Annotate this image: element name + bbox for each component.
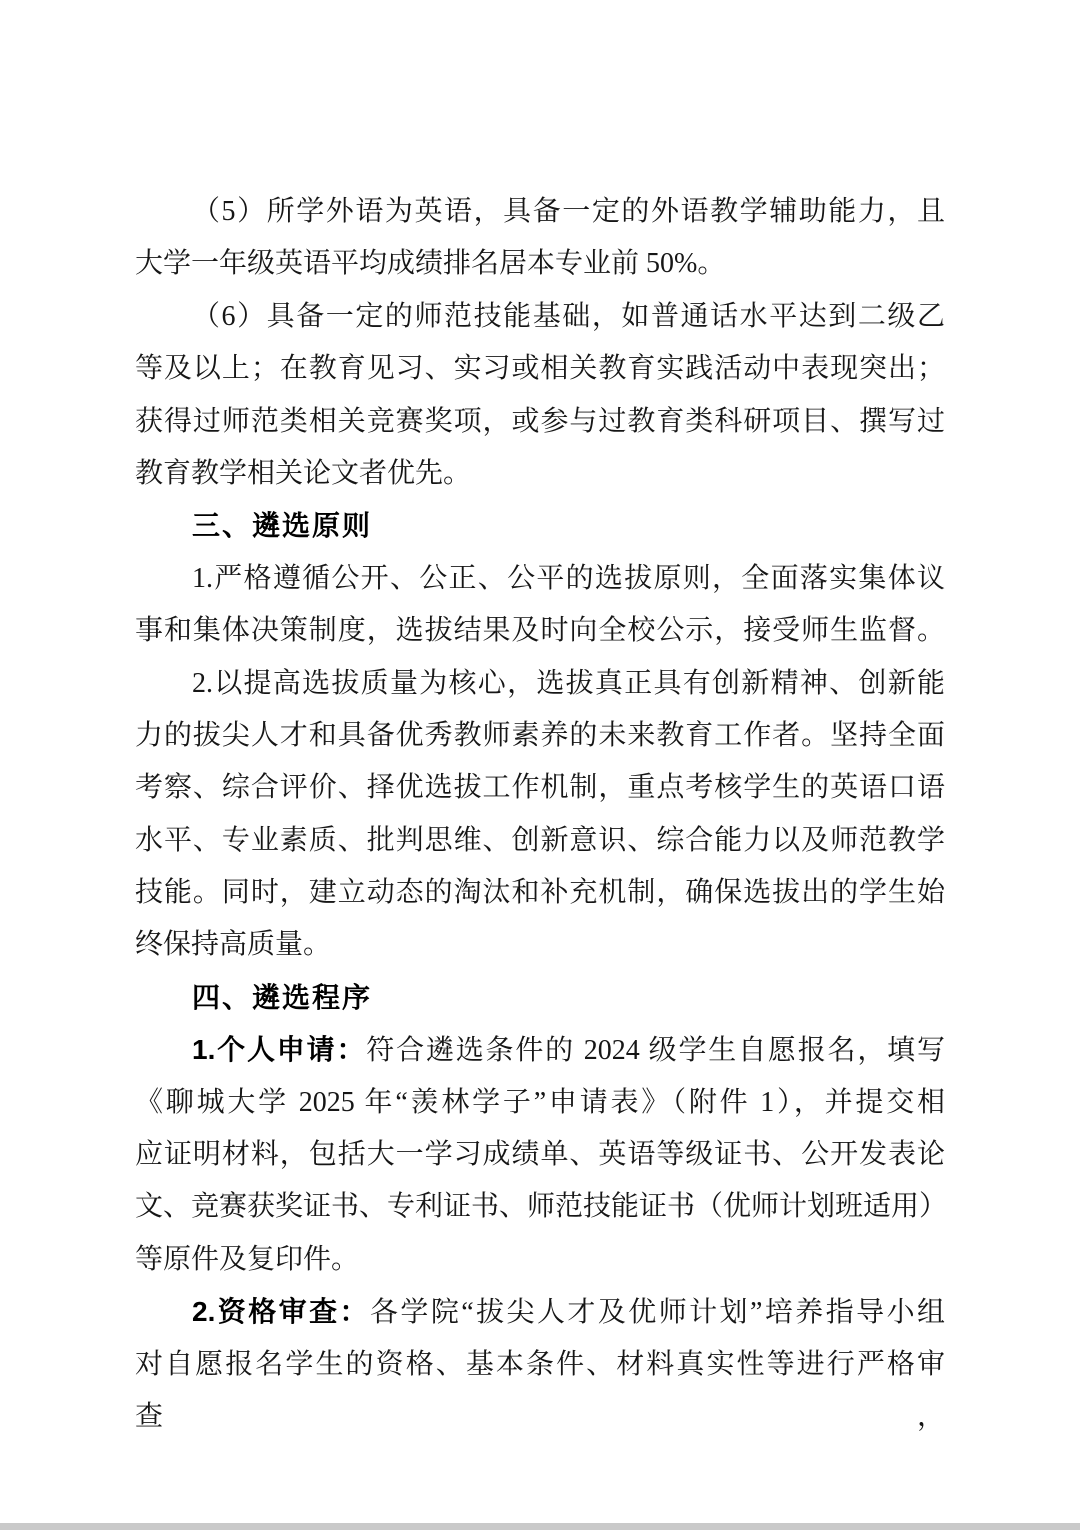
- text-run: 2.以提高选拔质量为核心，选拔真正具有创新精神、创新能: [192, 668, 945, 699]
- text-line: 1.严格遵循公开、公正、公平的选拔原则，全面落实集体议: [135, 553, 945, 605]
- page-bottom-edge: [0, 1523, 1080, 1530]
- text-line: 应证明材料，包括大一学习成绩单、英语等级证书、公开发表论: [135, 1129, 945, 1181]
- paragraph: 2.资格审查：各学院“拔尖人才及优师计划”培养指导小组对自愿报名学生的资格、基本…: [135, 1286, 945, 1391]
- text-run: 等原件及复印件。: [135, 1244, 359, 1275]
- text-run: （5）所学外语为英语，具备一定的外语教学辅助能力，且: [192, 196, 945, 227]
- text-line: 大学一年级英语平均成绩排名居本专业前 50%。: [135, 238, 945, 290]
- text-line: 考察、综合评价、择优选拔工作机制，重点考核学生的英语口语: [135, 762, 945, 814]
- text-run: 等及以上；在教育见习、实习或相关教育实践活动中表现突出；: [135, 353, 945, 384]
- text-line: 等及以上；在教育见习、实习或相关教育实践活动中表现突出；: [135, 343, 945, 395]
- text-run: （6）具备一定的师范技能基础，如普通话水平达到二级乙: [192, 301, 945, 332]
- text-line: 技能。同时，建立动态的淘汰和补充机制，确保选拔出的学生始: [135, 867, 945, 919]
- text-line: 终保持高质量。: [135, 919, 945, 971]
- paragraph: （5）所学外语为英语，具备一定的外语教学辅助能力，且大学一年级英语平均成绩排名居…: [135, 186, 945, 291]
- paragraph: 2.以提高选拔质量为核心，选拔真正具有创新精神、创新能力的拔尖人才和具备优秀教师…: [135, 658, 945, 972]
- paragraph: （6）具备一定的师范技能基础，如普通话水平达到二级乙等及以上；在教育见习、实习或…: [135, 291, 945, 501]
- text-line: 《聊城大学 2025 年“羡林学子”申请表》（附件 1），并提交相: [135, 1077, 945, 1129]
- text-run: 考察、综合评价、择优选拔工作机制，重点考核学生的英语口语: [135, 772, 945, 803]
- text-run: 事和集体决策制度，选拔结果及时向全校公示，接受师生监督。: [135, 615, 945, 646]
- text-run: 力的拔尖人才和具备优秀教师素养的未来教育工作者。坚持全面: [135, 720, 945, 751]
- text-line: 获得过师范类相关竞赛奖项，或参与过教育类科研项目、撰写过: [135, 396, 945, 448]
- text-line: 水平、专业素质、批判思维、创新意识、综合能力以及师范教学: [135, 815, 945, 867]
- text-line: 1.个人申请：符合遴选条件的 2024 级学生自愿报名，填写: [135, 1024, 945, 1076]
- text-run: 获得过师范类相关竞赛奖项，或参与过教育类科研项目、撰写过: [135, 406, 945, 437]
- document-body: （5）所学外语为英语，具备一定的外语教学辅助能力，且大学一年级英语平均成绩排名居…: [135, 186, 945, 1391]
- heading-text: 四、遴选程序: [192, 982, 372, 1013]
- paragraph-lead-text: 1.个人申请：: [192, 1034, 366, 1065]
- text-run: 文、竞赛获奖证书、专利证书、师范技能证书（优师计划班适用）: [135, 1191, 947, 1222]
- paragraph: 1.严格遵循公开、公正、公平的选拔原则，全面落实集体议事和集体决策制度，选拔结果…: [135, 553, 945, 658]
- text-line: 2.资格审查：各学院“拔尖人才及优师计划”培养指导小组: [135, 1286, 945, 1338]
- section-heading: 三、遴选原则: [135, 500, 945, 552]
- text-line: 等原件及复印件。: [135, 1234, 945, 1286]
- paragraph: 1.个人申请：符合遴选条件的 2024 级学生自愿报名，填写《聊城大学 2025…: [135, 1024, 945, 1286]
- section-heading: 四、遴选程序: [135, 972, 945, 1024]
- text-run: 教育教学相关论文者优先。: [135, 458, 471, 489]
- text-run: 1.严格遵循公开、公正、公平的选拔原则，全面落实集体议: [192, 563, 945, 594]
- text-line: 教育教学相关论文者优先。: [135, 448, 945, 500]
- text-line: （6）具备一定的师范技能基础，如普通话水平达到二级乙: [135, 291, 945, 343]
- document-page: （5）所学外语为英语，具备一定的外语教学辅助能力，且大学一年级英语平均成绩排名居…: [0, 0, 1080, 1530]
- text-run: 应证明材料，包括大一学习成绩单、英语等级证书、公开发表论: [135, 1139, 945, 1170]
- text-run: 水平、专业素质、批判思维、创新意识、综合能力以及师范教学: [135, 825, 945, 856]
- text-line: （5）所学外语为英语，具备一定的外语教学辅助能力，且: [135, 186, 945, 238]
- text-line: 三、遴选原则: [135, 500, 945, 552]
- text-run: 符合遴选条件的 2024 级学生自愿报名，填写: [366, 1035, 945, 1066]
- text-line: 事和集体决策制度，选拔结果及时向全校公示，接受师生监督。: [135, 605, 945, 657]
- text-line: 文、竞赛获奖证书、专利证书、师范技能证书（优师计划班适用）: [135, 1181, 945, 1233]
- paragraph-lead-text: 2.资格审查：: [192, 1296, 370, 1327]
- text-run: 终保持高质量。: [135, 929, 331, 960]
- text-line: 四、遴选程序: [135, 972, 945, 1024]
- text-run: 《聊城大学 2025 年“羡林学子”申请表》（附件 1），并提交相: [135, 1087, 945, 1118]
- text-run: 各学院“拔尖人才及优师计划”培养指导小组: [370, 1297, 945, 1328]
- text-run: 对自愿报名学生的资格、基本条件、材料真实性等进行严格审查，: [135, 1349, 945, 1432]
- text-line: 2.以提高选拔质量为核心，选拔真正具有创新精神、创新能: [135, 658, 945, 710]
- heading-text: 三、遴选原则: [192, 510, 372, 541]
- text-run: 大学一年级英语平均成绩排名居本专业前 50%。: [135, 248, 725, 279]
- text-line: 力的拔尖人才和具备优秀教师素养的未来教育工作者。坚持全面: [135, 710, 945, 762]
- text-run: 技能。同时，建立动态的淘汰和补充机制，确保选拔出的学生始: [135, 877, 945, 908]
- text-line: 对自愿报名学生的资格、基本条件、材料真实性等进行严格审查，: [135, 1339, 945, 1391]
